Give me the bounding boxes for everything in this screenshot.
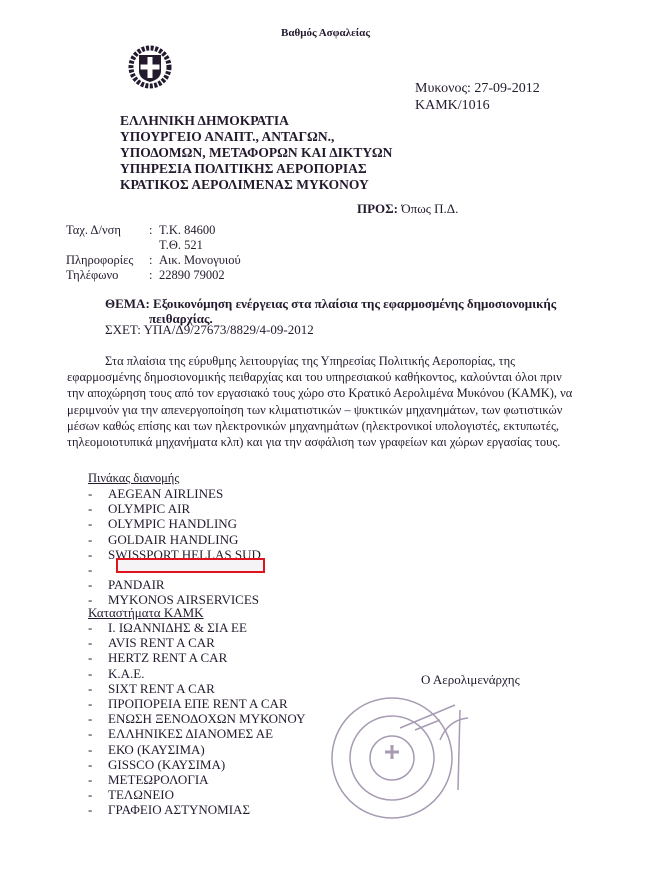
dash-bullet: - xyxy=(88,757,108,772)
reference: ΣΧΕΤ: ΥΠΑ/Δ9/27673/8829/4-09-2012 xyxy=(105,322,314,338)
list-item: -GISSCO (ΚΑΥΣΙΜΑ) xyxy=(88,757,306,772)
dash-bullet: - xyxy=(88,562,108,577)
contact-row: Ταχ. Δ/νση:Τ.Κ. 84600 xyxy=(66,223,241,238)
contact-value: Τ.Κ. 84600 xyxy=(159,223,215,238)
contact-separator: : xyxy=(149,253,159,268)
list-item: -AVIS RENT A CAR xyxy=(88,635,306,650)
date-and-protocol: Μυκονος: 27-09-2012 ΚΑΜΚ/1016 xyxy=(415,80,540,114)
dash-bullet: - xyxy=(88,516,108,531)
dash-bullet: - xyxy=(88,635,108,650)
list-item: -ΕΛΛΗΝΙΚΕΣ ΔΙΑΝΟΜΕΣ ΑΕ xyxy=(88,726,306,741)
list-item: -Ι. ΙΩΑΝΝΙΔΗΣ & ΣΙΑ ΕΕ xyxy=(88,620,306,635)
recipient-value: Όπως Π.Δ. xyxy=(401,201,458,216)
authority-line: ΥΠΟΔΟΜΩΝ, ΜΕΤΑΦΟΡΩΝ ΚΑΙ ΔΙΚΤΥΩΝ xyxy=(120,145,392,161)
dash-bullet: - xyxy=(88,772,108,787)
list-item-text: ΠΡΟΠΟΡΕΙΑ ΕΠΕ RENT A CAR xyxy=(108,696,288,711)
list-item: -ΜΕΤΕΩΡΟΛΟΓΙΑ xyxy=(88,772,306,787)
contact-row: Τ.Θ. 521 xyxy=(66,238,241,253)
list-item: -HERTZ RENT A CAR xyxy=(88,650,306,665)
dash-bullet: - xyxy=(88,547,108,562)
list-item-text: ΕΝΩΣΗ ΞΕΝΟΔΟΧΩΝ ΜΥΚΟΝΟΥ xyxy=(108,711,306,726)
list-item: -PANDAIR xyxy=(88,577,261,592)
dash-bullet: - xyxy=(88,802,108,817)
list-item-text: OLYMPIC AIR xyxy=(108,501,190,516)
list-item-text: ΓΡΑΦΕΙΟ ΑΣΤΥΝΟΜΙΑΣ xyxy=(108,802,250,817)
dash-bullet: - xyxy=(88,620,108,635)
list-item-text: ΕΚΟ (ΚΑΥΣΙΜΑ) xyxy=(108,742,205,757)
dash-bullet: - xyxy=(88,577,108,592)
list-item: -ΕΝΩΣΗ ΞΕΝΟΔΟΧΩΝ ΜΥΚΟΝΟΥ xyxy=(88,711,306,726)
contact-label: Ταχ. Δ/νση xyxy=(66,223,149,238)
dash-bullet: - xyxy=(88,486,108,501)
contact-value: 22890 79002 xyxy=(159,268,225,283)
list-item-text: OLYMPIC HANDLING xyxy=(108,516,237,531)
list-item-text: HERTZ RENT A CAR xyxy=(108,650,227,665)
dash-bullet: - xyxy=(88,711,108,726)
body-paragraph: Στα πλαίσια της εύρυθμης λειτουργίας της… xyxy=(67,353,577,450)
authority-line: ΚΡΑΤΙΚΟΣ ΑΕΡΟΛΙΜΕΝΑΣ ΜΥΚΟΝΟΥ xyxy=(120,177,392,193)
list-item-text: AVIS RENT A CAR xyxy=(108,635,215,650)
contact-separator: : xyxy=(149,223,159,238)
shops-title: Καταστήματα ΚΑΜΚ xyxy=(88,605,204,621)
list-item-text: Κ.Α.Ε. xyxy=(108,666,144,681)
dash-bullet: - xyxy=(88,650,108,665)
dash-bullet: - xyxy=(88,787,108,802)
recipient: ΠΡΟΣ: Όπως Π.Δ. xyxy=(357,201,458,217)
contact-separator: : xyxy=(149,268,159,283)
authority-line: ΥΠΗΡΕΣΙΑ ΠΟΛΙΤΙΚΗΣ ΑΕΡΟΠΟΡΙΑΣ xyxy=(120,161,392,177)
dash-bullet: - xyxy=(88,742,108,757)
list-item-text: GISSCO (ΚΑΥΣΙΜΑ) xyxy=(108,757,225,772)
subject-line: ΘΕΜΑ: Εξοικονόμηση ενέργειας στα πλαίσια… xyxy=(105,296,556,311)
distribution-list: -AEGEAN AIRLINES-OLYMPIC AIR-OLYMPIC HAN… xyxy=(88,486,261,608)
list-item: -ΠΡΟΠΟΡΕΙΑ ΕΠΕ RENT A CAR xyxy=(88,696,306,711)
contact-label: Πληροφορίες xyxy=(66,253,149,268)
list-item-text: PANDAIR xyxy=(108,577,165,592)
greek-coat-of-arms-icon xyxy=(128,45,172,89)
contact-value: Αικ. Μονογυιού xyxy=(159,253,241,268)
list-item: -OLYMPIC HANDLING xyxy=(88,516,261,531)
recipient-label: ΠΡΟΣ: xyxy=(357,201,398,216)
list-item: -OLYMPIC AIR xyxy=(88,501,261,516)
protocol-number: ΚΑΜΚ/1016 xyxy=(415,97,540,114)
list-item: -Κ.Α.Ε. xyxy=(88,666,306,681)
contact-row: Τηλέφωνο:22890 79002 xyxy=(66,268,241,283)
list-item: -AEGEAN AIRLINES xyxy=(88,486,261,501)
dash-bullet: - xyxy=(88,696,108,711)
shops-list: -Ι. ΙΩΑΝΝΙΔΗΣ & ΣΙΑ ΕΕ-AVIS RENT A CAR-H… xyxy=(88,620,306,818)
contact-label: Τηλέφωνο xyxy=(66,268,149,283)
list-item: -GOLDAIR HANDLING xyxy=(88,532,261,547)
dash-bullet: - xyxy=(88,666,108,681)
contact-info: Ταχ. Δ/νση:Τ.Κ. 84600Τ.Θ. 521Πληροφορίες… xyxy=(66,223,241,283)
official-stamp-icon xyxy=(330,680,480,820)
list-item-text: GOLDAIR HANDLING xyxy=(108,532,238,547)
list-item-text: AEGEAN AIRLINES xyxy=(108,486,223,501)
contact-value: Τ.Θ. 521 xyxy=(159,238,203,253)
redacted-entry xyxy=(116,558,265,573)
list-item: -ΕΚΟ (ΚΑΥΣΙΜΑ) xyxy=(88,742,306,757)
list-item: -ΤΕΛΩΝΕΙΟ xyxy=(88,787,306,802)
contact-label xyxy=(66,238,149,253)
authority-line: ΕΛΛΗΝΙΚΗ ΔΗΜΟΚΡΑΤΙΑ xyxy=(120,113,392,129)
list-item: -ΓΡΑΦΕΙΟ ΑΣΤΥΝΟΜΙΑΣ xyxy=(88,802,306,817)
authority-line: ΥΠΟΥΡΓΕΙΟ ΑΝΑΠΤ., ΑΝΤΑΓΩΝ., xyxy=(120,129,392,145)
dash-bullet: - xyxy=(88,726,108,741)
list-item-text: ΕΛΛΗΝΙΚΕΣ ΔΙΑΝΟΜΕΣ ΑΕ xyxy=(108,726,273,741)
list-item: -SIXT RENT A CAR xyxy=(88,681,306,696)
dash-bullet: - xyxy=(88,681,108,696)
place-date: Μυκονος: 27-09-2012 xyxy=(415,80,540,97)
issuing-authority: ΕΛΛΗΝΙΚΗ ΔΗΜΟΚΡΑΤΙΑΥΠΟΥΡΓΕΙΟ ΑΝΑΠΤ., ΑΝΤ… xyxy=(120,113,392,193)
dash-bullet: - xyxy=(88,501,108,516)
distribution-title: Πινάκας διανομής xyxy=(88,471,179,486)
security-classification: Βαθμός Ασφαλείας xyxy=(281,27,370,39)
list-item-text: SIXT RENT A CAR xyxy=(108,681,215,696)
dash-bullet: - xyxy=(88,532,108,547)
list-item-text: ΤΕΛΩΝΕΙΟ xyxy=(108,787,174,802)
signer-title: Ο Αερολιμενάρχης xyxy=(421,672,520,688)
list-item-text: ΜΕΤΕΩΡΟΛΟΓΙΑ xyxy=(108,772,209,787)
contact-separator xyxy=(149,238,159,253)
contact-row: Πληροφορίες:Αικ. Μονογυιού xyxy=(66,253,241,268)
list-item-text: Ι. ΙΩΑΝΝΙΔΗΣ & ΣΙΑ ΕΕ xyxy=(108,620,247,635)
